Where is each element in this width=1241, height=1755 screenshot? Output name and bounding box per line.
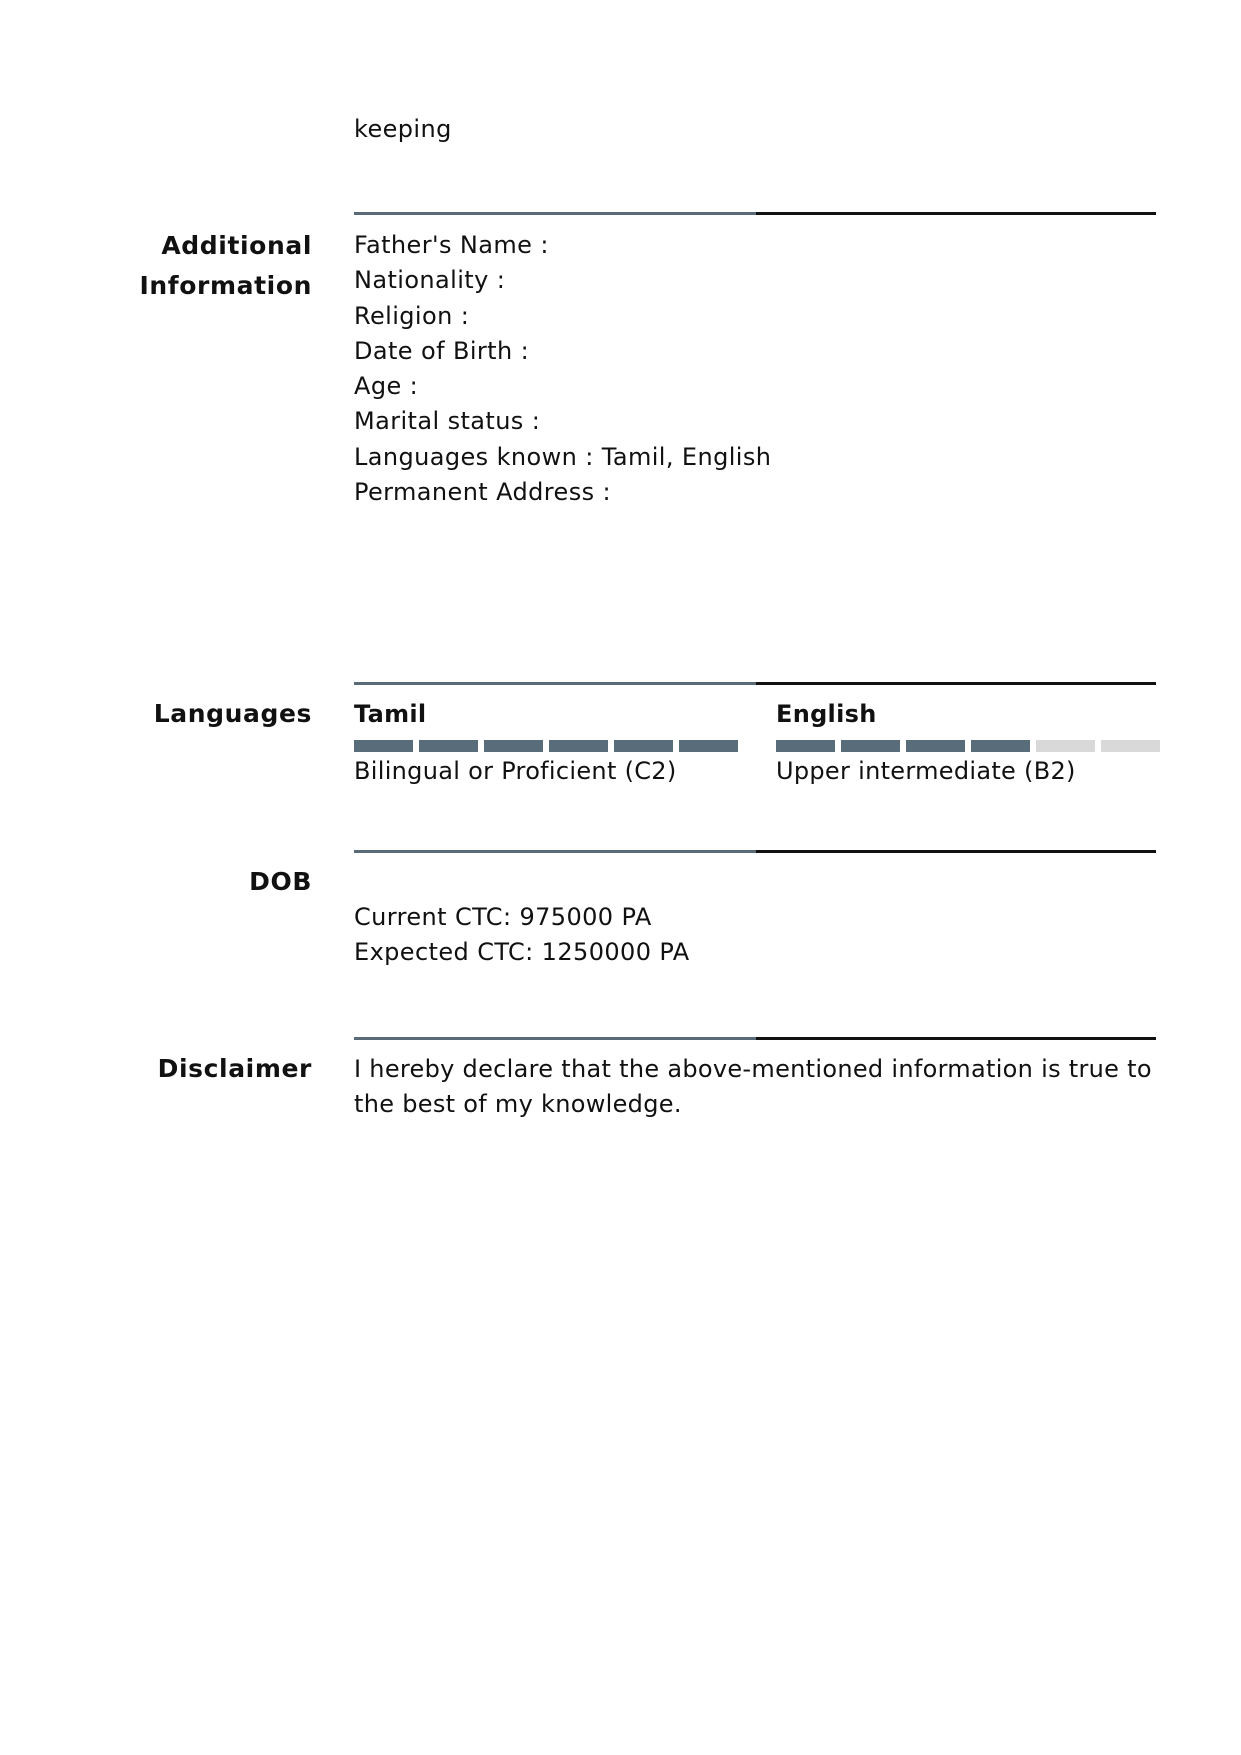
language-item-english: English Upper intermediate (B2) <box>776 699 1166 786</box>
field-fathers-name: Father's Name : <box>354 228 771 263</box>
divider-dark <box>756 212 1156 215</box>
rating-pip-empty <box>1036 740 1095 752</box>
dob-section-content: Current CTC: 975000 PA Expected CTC: 125… <box>354 900 690 970</box>
field-age: Age : <box>354 369 771 404</box>
language-rating-bar <box>354 740 744 752</box>
rating-pip-filled <box>841 740 900 752</box>
section-title-line: Information <box>100 266 312 306</box>
field-date-of-birth: Date of Birth : <box>354 334 771 369</box>
section-title-languages: Languages <box>100 694 312 734</box>
language-level: Upper intermediate (B2) <box>776 756 1166 786</box>
field-permanent-address: Permanent Address : <box>354 475 771 510</box>
section-divider <box>354 682 1156 685</box>
rating-pip-filled <box>776 740 835 752</box>
language-item-tamil: Tamil Bilingual or Proficient (C2) <box>354 699 744 786</box>
field-marital-status: Marital status : <box>354 404 771 439</box>
rating-pip-filled <box>679 740 738 752</box>
section-divider <box>354 850 1156 853</box>
language-name: English <box>776 699 1166 729</box>
section-title-disclaimer: Disclaimer <box>100 1049 312 1089</box>
section-divider <box>354 1037 1156 1040</box>
divider-dark <box>756 850 1156 853</box>
divider-dark <box>756 1037 1156 1040</box>
field-languages-known: Languages known : Tamil, English <box>354 440 771 475</box>
rating-pip-filled <box>614 740 673 752</box>
divider-accent <box>354 682 756 685</box>
field-nationality: Nationality : <box>354 263 771 298</box>
resume-page: keeping Additional Information Father's … <box>0 0 1241 1755</box>
additional-information-fields: Father's Name : Nationality : Religion :… <box>354 228 771 510</box>
previous-section-fragment: keeping <box>354 112 452 147</box>
language-rating-bar <box>776 740 1166 752</box>
current-ctc: Current CTC: 975000 PA <box>354 900 690 935</box>
rating-pip-filled <box>484 740 543 752</box>
language-name: Tamil <box>354 699 744 729</box>
rating-pip-filled <box>419 740 478 752</box>
expected-ctc: Expected CTC: 1250000 PA <box>354 935 690 970</box>
rating-pip-empty <box>1101 740 1160 752</box>
divider-accent <box>354 212 756 215</box>
divider-accent <box>354 1037 756 1040</box>
disclaimer-text: I hereby declare that the above-mentione… <box>354 1052 1174 1122</box>
language-level: Bilingual or Proficient (C2) <box>354 756 744 786</box>
section-divider <box>354 212 1156 215</box>
rating-pip-filled <box>354 740 413 752</box>
rating-pip-filled <box>906 740 965 752</box>
section-title-dob: DOB <box>100 862 312 902</box>
rating-pip-filled <box>549 740 608 752</box>
divider-accent <box>354 850 756 853</box>
rating-pip-filled <box>971 740 1030 752</box>
section-title-line: Additional <box>100 226 312 266</box>
divider-dark <box>756 682 1156 685</box>
section-title-additional-information: Additional Information <box>100 226 312 306</box>
field-religion: Religion : <box>354 299 771 334</box>
